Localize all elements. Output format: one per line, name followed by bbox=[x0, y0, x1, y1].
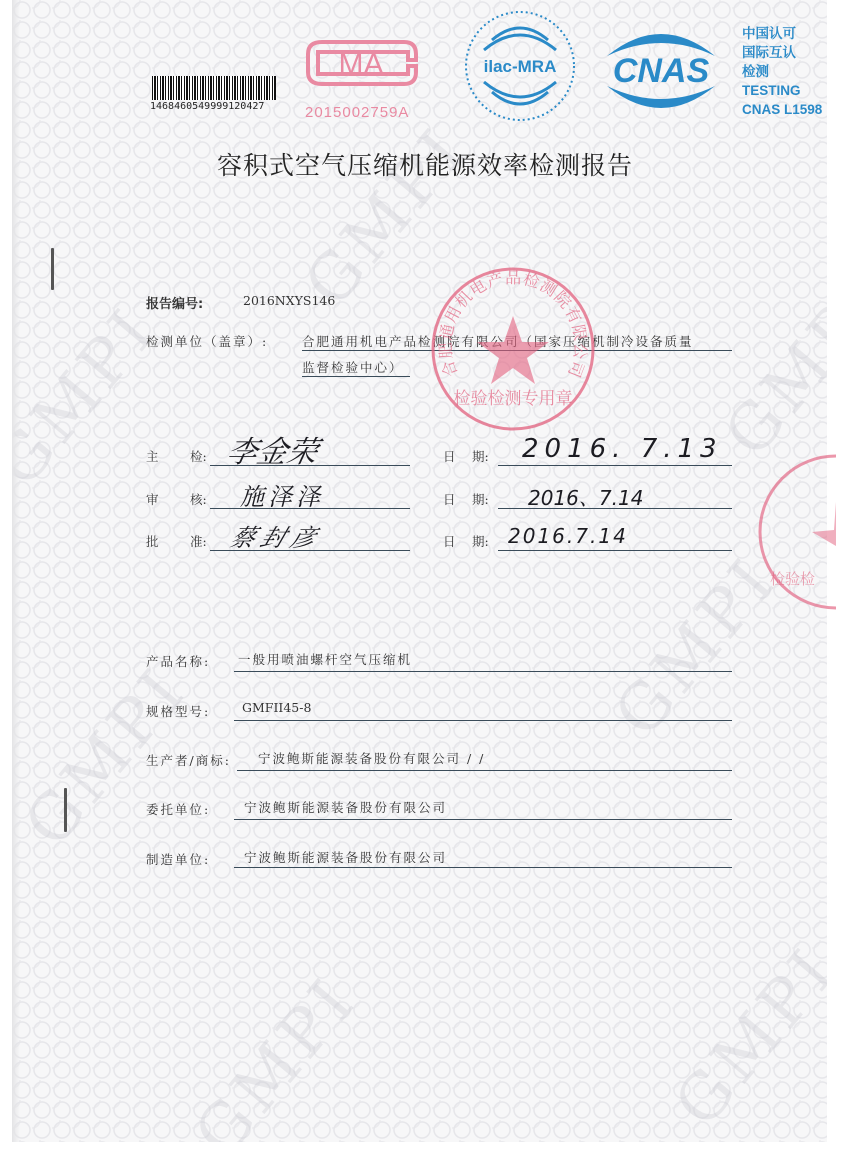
watermark: GMPI bbox=[12, 293, 172, 501]
reviewer-signature: 施泽泽 bbox=[240, 477, 324, 512]
approver-label: 批 bbox=[146, 532, 161, 550]
barcode-number: 1468460549999120427 bbox=[150, 101, 264, 112]
date-underline bbox=[498, 550, 732, 551]
report-number-label: 报告编号: bbox=[146, 293, 203, 312]
date-underline bbox=[498, 465, 732, 466]
signature-underline bbox=[210, 465, 410, 466]
cnas-line: 检测 bbox=[742, 62, 822, 81]
date-label-b: 期: bbox=[472, 447, 489, 465]
manufacturer-value: 宁波鲍斯能源装备股份有限公司 bbox=[244, 848, 447, 866]
watermark: GMPI bbox=[181, 963, 372, 1142]
model-label: 规格型号: bbox=[146, 702, 210, 720]
svg-text:MA: MA bbox=[339, 48, 384, 81]
ilac-mra-logo: ilac-MRA bbox=[464, 10, 576, 122]
lab-name-line1: 合肥通用机电产品检测院有限公司（国家压缩机制冷设备质量 bbox=[302, 332, 694, 350]
reviewer-label: 审 bbox=[146, 490, 161, 508]
cnas-line: 中国认可 bbox=[742, 24, 822, 43]
staple-mark bbox=[64, 788, 67, 832]
approver-label-b: 准: bbox=[190, 532, 207, 550]
document-title: 容积式空气压缩机能源效率检测报告 bbox=[0, 146, 850, 182]
product-name-underline bbox=[234, 671, 732, 672]
lab-underline bbox=[302, 350, 732, 351]
review-date: 2016、7.14 bbox=[528, 482, 643, 511]
manufacturer-underline bbox=[234, 867, 732, 868]
client-label: 委托单位: bbox=[146, 800, 210, 818]
date-label: 日 bbox=[443, 447, 458, 465]
svg-text:ilac-MRA: ilac-MRA bbox=[484, 57, 557, 76]
producer-label: 生产者/商标: bbox=[146, 751, 231, 769]
inspection-date: 2016. 7.13 bbox=[522, 434, 723, 464]
cnas-line: 国际互认 bbox=[742, 43, 822, 62]
watermark: GMPI bbox=[661, 933, 827, 1141]
client-underline bbox=[234, 819, 732, 820]
cnas-logo: CNAS bbox=[597, 22, 725, 118]
cma-number: 2015002759A bbox=[305, 104, 409, 121]
signature-underline bbox=[210, 508, 410, 509]
approver-signature: 蔡封彦 bbox=[226, 518, 327, 553]
date-underline bbox=[498, 508, 732, 509]
inspector-label-b: 检: bbox=[190, 447, 207, 465]
watermark: GMPI bbox=[711, 263, 827, 471]
approval-date: 2016.7.14 bbox=[508, 524, 628, 548]
product-name-label: 产品名称: bbox=[146, 652, 210, 670]
lab-underline bbox=[302, 376, 410, 377]
cma-logo: MA bbox=[302, 38, 420, 88]
barcode bbox=[152, 76, 276, 100]
watermark: GMPI bbox=[291, 113, 482, 321]
signature-underline bbox=[210, 550, 410, 551]
producer-value: 宁波鲍斯能源装备股份有限公司 / / bbox=[258, 749, 485, 767]
inspector-label: 主 bbox=[146, 447, 161, 465]
report-number: 2016NXYS146 bbox=[243, 293, 335, 308]
date-label-b: 期: bbox=[472, 532, 489, 550]
date-label: 日 bbox=[443, 490, 458, 508]
cnas-line: CNAS L1598 bbox=[742, 100, 822, 119]
lab-label: 检测单位（盖章）: bbox=[146, 332, 268, 350]
product-name: 一般用喷油螺杆空气压缩机 bbox=[238, 650, 412, 668]
date-label: 日 bbox=[443, 532, 458, 550]
producer-underline bbox=[237, 770, 732, 771]
model-underline bbox=[234, 720, 732, 721]
cnas-line: TESTING bbox=[742, 81, 822, 100]
lab-name-line2: 监督检验中心） bbox=[302, 358, 404, 376]
date-label-b: 期: bbox=[472, 490, 489, 508]
manufacturer-label: 制造单位: bbox=[146, 850, 210, 868]
model-value: GMFII45-8 bbox=[242, 700, 311, 715]
staple-mark bbox=[51, 248, 54, 290]
svg-text:CNAS: CNAS bbox=[613, 52, 710, 90]
client-value: 宁波鲍斯能源装备股份有限公司 bbox=[244, 798, 447, 816]
cnas-accreditation-text: 中国认可 国际互认 检测 TESTING CNAS L1598 bbox=[742, 24, 822, 119]
reviewer-label-b: 核: bbox=[190, 490, 207, 508]
